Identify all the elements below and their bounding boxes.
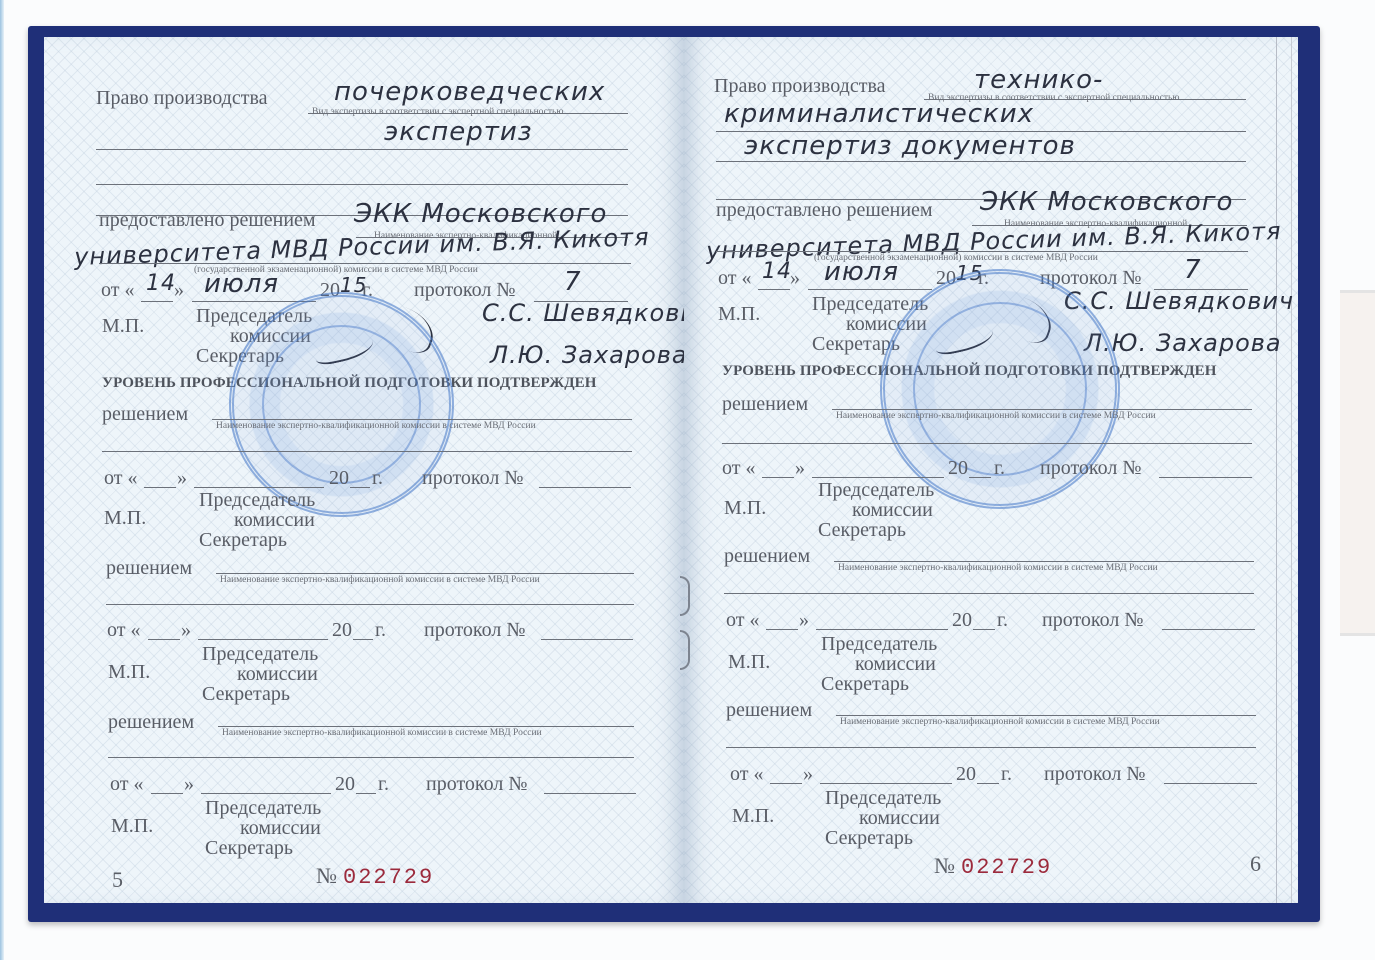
serial-symbol: № bbox=[934, 853, 955, 878]
right-label: Право производства bbox=[96, 87, 268, 110]
year-line bbox=[977, 783, 999, 784]
handwritten-granted-value-1: ЭКК Московского bbox=[980, 187, 1233, 217]
day-line bbox=[144, 487, 176, 488]
handwritten-right-value-1: технико- bbox=[974, 65, 1103, 95]
rule-line bbox=[726, 747, 1256, 748]
seal-label: М.П. bbox=[718, 303, 760, 326]
rule-line bbox=[722, 443, 1252, 444]
secretary-label: Секретарь bbox=[199, 529, 287, 552]
rule-line bbox=[724, 593, 1254, 594]
handwritten-month: июля bbox=[204, 269, 279, 299]
secretary-label: Секретарь bbox=[825, 827, 913, 850]
rule-line bbox=[836, 715, 1256, 716]
year-prefix: 20 bbox=[329, 467, 349, 490]
page-6: Право производства технико- Вид эксперти… bbox=[684, 37, 1298, 903]
date-close-quote: » bbox=[795, 457, 805, 480]
right-label: Право производства bbox=[714, 75, 886, 98]
decision-label: решением bbox=[724, 545, 810, 568]
protocol-line bbox=[544, 793, 636, 794]
decision-label: решением bbox=[106, 557, 192, 580]
date-close-quote: » bbox=[177, 467, 187, 490]
granted-label: предоставлено решением bbox=[716, 199, 933, 222]
rule-line bbox=[96, 184, 628, 185]
secretary-label: Секретарь bbox=[818, 519, 906, 542]
rule-line bbox=[108, 757, 634, 758]
protocol-line bbox=[539, 487, 631, 488]
protocol-label: протокол № bbox=[422, 467, 523, 490]
handwritten-protocol-number: 7 bbox=[1184, 255, 1202, 285]
serial-number: №022729 bbox=[316, 863, 434, 890]
serial-number: №022729 bbox=[934, 853, 1052, 880]
decision-label: решением bbox=[726, 699, 812, 722]
month-line bbox=[198, 639, 328, 640]
secretary-label: Секретарь bbox=[202, 683, 290, 706]
rule-line bbox=[96, 149, 628, 150]
year-prefix: 20 bbox=[956, 763, 976, 786]
handwritten-right-value-1: почерковедческих bbox=[334, 77, 605, 107]
rule-line bbox=[106, 604, 634, 605]
seal-label: М.П. bbox=[111, 815, 153, 838]
decision-label: решением bbox=[722, 393, 808, 416]
year-line bbox=[356, 793, 376, 794]
year-line bbox=[353, 639, 373, 640]
page-6-content: Право производства технико- Вид эксперти… bbox=[684, 37, 1298, 903]
rule-line bbox=[99, 263, 631, 264]
decision-caption: Наименование экспертно-квалификационной … bbox=[216, 421, 536, 431]
serial-value: 022729 bbox=[343, 865, 434, 890]
rule-line bbox=[102, 451, 632, 452]
date-from-label: от « bbox=[101, 279, 134, 302]
handwritten-right-value-2: экспертиз bbox=[384, 117, 533, 147]
secretary-label: Секретарь bbox=[205, 837, 293, 860]
secretary-label: Секретарь bbox=[821, 673, 909, 696]
protocol-label: протокол № bbox=[1042, 609, 1143, 632]
rule-line bbox=[216, 573, 634, 574]
decision-caption: Наименование экспертно-квалификационной … bbox=[220, 575, 540, 585]
year-label: г. bbox=[1001, 763, 1012, 786]
month-line bbox=[201, 793, 331, 794]
date-from-label: от « bbox=[726, 609, 759, 632]
protocol-label: протокол № bbox=[424, 619, 525, 642]
page-5: Право производства почерковедческих Вид … bbox=[44, 37, 684, 903]
year-line bbox=[973, 629, 995, 630]
date-close-quote: » bbox=[790, 267, 800, 290]
page-number: 5 bbox=[112, 867, 123, 893]
seal-label: М.П. bbox=[102, 315, 144, 338]
handwritten-chairman-name: С.С. Шевядкович bbox=[1064, 287, 1294, 315]
date-close-quote: » bbox=[803, 763, 813, 786]
year-line bbox=[350, 487, 370, 488]
rule-line bbox=[834, 561, 1254, 562]
protocol-line bbox=[1162, 629, 1255, 630]
binding-staple bbox=[680, 576, 690, 616]
decision-caption: Наименование экспертно-квалификационной … bbox=[836, 411, 1156, 421]
seal-label: М.П. bbox=[724, 497, 766, 520]
year-label: г. bbox=[378, 773, 389, 796]
handwritten-granted-value-1: ЭКК Московского bbox=[354, 199, 607, 229]
day-line bbox=[151, 793, 183, 794]
day-line bbox=[148, 639, 180, 640]
month-line bbox=[808, 289, 932, 290]
date-from-label: от « bbox=[718, 267, 751, 290]
date-close-quote: » bbox=[174, 279, 184, 302]
page-5-content: Право производства почерковедческих Вид … bbox=[44, 37, 684, 903]
protocol-line bbox=[541, 639, 633, 640]
cover-flap bbox=[1340, 290, 1375, 636]
year-prefix: 20 bbox=[335, 773, 355, 796]
protocol-line bbox=[1159, 477, 1252, 478]
right-caption: Вид экспертизы в соответствии с экспертн… bbox=[312, 107, 563, 117]
year-label: г. bbox=[994, 457, 1005, 480]
year-prefix: 20 bbox=[948, 457, 968, 480]
date-from-label: от « bbox=[722, 457, 755, 480]
binding-staple bbox=[680, 630, 690, 670]
handwritten-secretary-name: Л.Ю. Захарова bbox=[490, 341, 684, 369]
rule-line bbox=[218, 726, 634, 727]
day-line bbox=[141, 301, 173, 302]
decision-caption: Наименование экспертно-квалификационной … bbox=[222, 728, 542, 738]
page-number: 6 bbox=[1250, 851, 1261, 877]
date-from-label: от « bbox=[730, 763, 763, 786]
rule-line bbox=[212, 419, 632, 420]
date-close-quote: » bbox=[184, 773, 194, 796]
seal-label: М.П. bbox=[104, 507, 146, 530]
month-line bbox=[194, 487, 324, 488]
decision-label: решением bbox=[102, 403, 188, 426]
seal-label: М.П. bbox=[108, 661, 150, 684]
year-label: г. bbox=[375, 619, 386, 642]
year-prefix: 20 bbox=[332, 619, 352, 642]
decision-caption: Наименование экспертно-квалификационной … bbox=[840, 717, 1160, 727]
year-label: г. bbox=[997, 609, 1008, 632]
month-line bbox=[820, 783, 952, 784]
protocol-line bbox=[1164, 783, 1257, 784]
handwritten-day: 14 bbox=[762, 259, 792, 284]
handwritten-day: 14 bbox=[146, 271, 176, 296]
date-close-quote: » bbox=[799, 609, 809, 632]
day-line bbox=[770, 783, 802, 784]
decision-label: решением bbox=[108, 711, 194, 734]
protocol-label: протокол № bbox=[1044, 763, 1145, 786]
protocol-label: протокол № bbox=[426, 773, 527, 796]
seal-label: М.П. bbox=[728, 651, 770, 674]
seal-label: М.П. bbox=[732, 805, 774, 828]
date-close-quote: » bbox=[181, 619, 191, 642]
protocol-label: протокол № bbox=[1040, 457, 1141, 480]
date-from-label: от « bbox=[107, 619, 140, 642]
handwritten-month: июля bbox=[824, 257, 899, 287]
day-line bbox=[758, 289, 790, 290]
month-line bbox=[812, 477, 944, 478]
rule-line bbox=[832, 409, 1252, 410]
decision-caption: Наименование экспертно-квалификационной … bbox=[838, 563, 1158, 573]
year-prefix: 20 bbox=[952, 609, 972, 632]
day-line bbox=[762, 477, 794, 478]
rule-line bbox=[716, 251, 1248, 252]
handwritten-right-value-3: экспертиз документов bbox=[744, 131, 1076, 161]
date-from-label: от « bbox=[110, 773, 143, 796]
scan-edge bbox=[0, 0, 4, 960]
year-line bbox=[969, 477, 991, 478]
day-line bbox=[766, 629, 798, 630]
serial-value: 022729 bbox=[961, 855, 1052, 880]
granted-label: предоставлено решением bbox=[99, 209, 316, 232]
serial-symbol: № bbox=[316, 863, 337, 888]
handwritten-protocol-number: 7 bbox=[564, 267, 582, 297]
year-label: г. bbox=[372, 467, 383, 490]
date-from-label: от « bbox=[104, 467, 137, 490]
handwritten-right-value-2: криминалистических bbox=[724, 99, 1034, 129]
handwritten-chairman-name: С.С. Шевядкович bbox=[482, 299, 684, 327]
rule-line bbox=[716, 161, 1246, 162]
month-line bbox=[816, 629, 948, 630]
